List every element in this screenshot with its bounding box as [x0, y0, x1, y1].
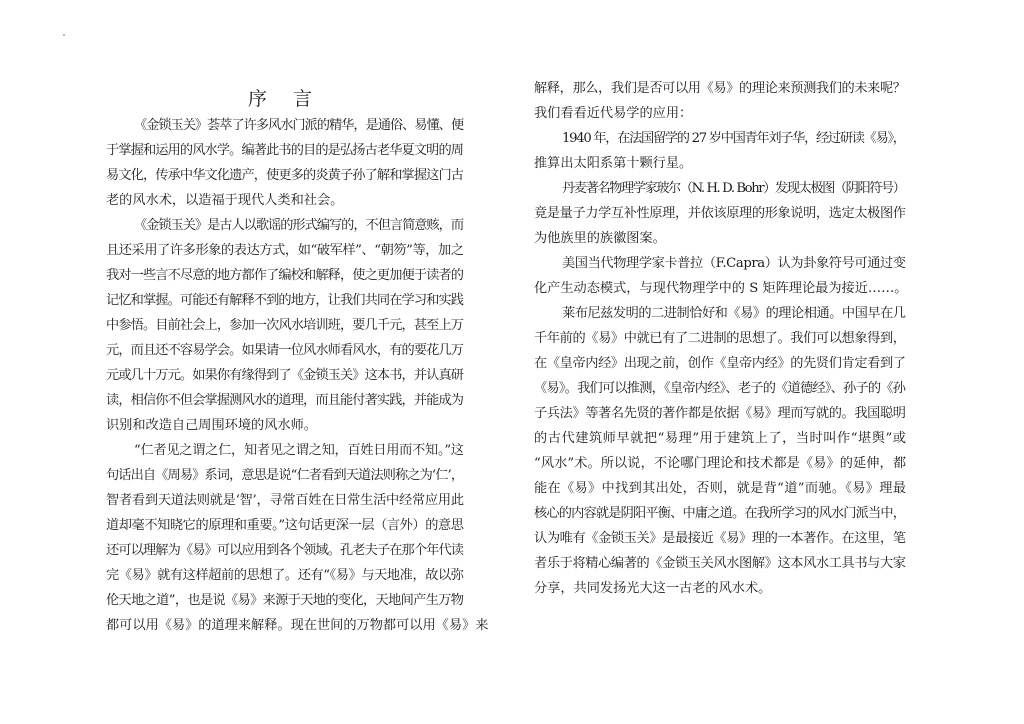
text-line: “风水”术。所以说，不论哪门理论和技术都是《易》的延伸，都	[534, 451, 906, 476]
text-line: 的古代建筑师早就把“易理”用于建筑上了，当时叫作“堪舆”或	[534, 426, 906, 451]
text-line: 1940 年，在法国留学的 27 岁中国青年刘子华，经过研读《易》，	[534, 126, 906, 151]
page-title: 序 言	[106, 84, 464, 111]
text-line: 《易》。我们可以推测，《皇帝内经》、老子的《道德经》、孙子的《孙	[534, 376, 906, 401]
text-line: 都可以用《易》的道理来解释。现在世间的万物都可以用《易》来	[106, 613, 464, 638]
text-line: 为他族里的族徽图案。	[534, 226, 906, 251]
text-line: 我们看看近代易学的应用：	[534, 101, 906, 126]
text-line: “仁者见之谓之仁，知者见之谓之知，百姓日用而不知。”这	[106, 438, 464, 463]
text-line: 智者看到天道法则就是‘智’，寻常百姓在日常生活中经常应用此	[106, 488, 464, 513]
text-line: 元，而且还不容易学会。如果请一位风水师看风水，有的要花几万	[106, 338, 464, 363]
text-line: 完《易》就有这样超前的思想了。还有“《易》与天地准，故以弥	[106, 563, 464, 588]
text-line: 子兵法》等著名先贤的著作都是依据《易》理而写就的。我国聪明	[534, 401, 906, 426]
text-line: 莱布尼兹发明的二进制恰好和《易》的理论相通。中国早在几	[534, 301, 906, 326]
text-line: 认为唯有《金锁玉关》是最接近《易》理的一本著作。在这里，笔	[534, 526, 906, 551]
text-line: 《金锁玉关》是古人以歌谣的形式编写的，不但言简意赅，而	[106, 213, 464, 238]
text-line: 者乐于将精心编著的《金锁玉关风水图解》这本风水工具书与大家	[534, 551, 906, 576]
text-line: 还可以理解为《易》可以应用到各个领域。孔老夫子在那个年代读	[106, 538, 464, 563]
text-line: 《金锁玉关》荟萃了许多风水门派的精华，是通俗、易懂、便	[106, 113, 464, 138]
text-line: 道却毫不知晓它的原理和重要。”这句话更深一层（言外）的意思	[106, 513, 464, 538]
text-line: 我对一些言不尽意的地方都作了编校和解释，使之更加便于读者的	[106, 263, 464, 288]
text-line: 且还采用了许多形象的表达方式，如“破军样”、“朝笏”等，加之	[106, 238, 464, 263]
text-line: 记忆和掌握。可能还有解释不到的地方，让我们共同在学习和实践	[106, 288, 464, 313]
text-line: 能在《易》中找到其出处，否则，就是背“道”而驰。《易》理最	[534, 476, 906, 501]
text-line: 千年前的《易》中就已有了二进制的思想了。我们可以想象得到，	[534, 326, 906, 351]
left-page-body: 《金锁玉关》荟萃了许多风水门派的精华，是通俗、易懂、便于掌握和运用的风水学。编著…	[106, 113, 464, 638]
right-page-body: 解释，那么，我们是否可以用《易》的理论来预测我们的未来呢？我们看看近代易学的应用…	[534, 76, 906, 601]
text-line: 分享，共同发扬光大这一古老的风水术。	[534, 576, 906, 601]
text-line: 中参悟。目前社会上，参加一次风水培训班，要几千元，甚至上万	[106, 313, 464, 338]
text-line: 竟是量子力学互补性原理，并依该原理的形象说明，选定太极图作	[534, 201, 906, 226]
text-line: 在《皇帝内经》出现之前，创作《皇帝内经》的先贤们肯定看到了	[534, 351, 906, 376]
text-line: 推算出太阳系第十颗行星。	[534, 151, 906, 176]
text-line: 美国当代物理学家卡普拉（F.Capra）认为卦象符号可通过变	[534, 251, 906, 276]
text-line: 伦天地之道”，也是说《易》来源于天地的变化，天地间产生万物	[106, 588, 464, 613]
text-line: 于掌握和运用的风水学。编著此书的目的是弘扬古老华夏文明的周	[106, 138, 464, 163]
text-line: 元或几十万元。如果你有缘得到了《金锁玉关》这本书，并认真研	[106, 363, 464, 388]
text-line: 老的风水术，以造福于现代人类和社会。	[106, 188, 464, 213]
text-line: 句话出自《周易》系词，意思是说“仁者看到天道法则称之为‘仁’，	[106, 463, 464, 488]
text-line: 化产生动态模式，与现代物理学中的 S 矩阵理论最为接近……。	[534, 276, 906, 301]
scan-speck	[63, 34, 65, 36]
text-line: 丹麦著名物理学家玻尔（N. H. D. Bohr）发现太极图（阴阳符号）	[534, 176, 906, 201]
text-line: 读，相信你不但会掌握测风水的道理，而且能付著实践，并能成为	[106, 388, 464, 413]
text-line: 解释，那么，我们是否可以用《易》的理论来预测我们的未来呢？	[534, 76, 906, 101]
text-line: 识别和改造自己周围环境的风水师。	[106, 413, 464, 438]
text-line: 核心的内容就是阴阳平衡、中庸之道。在我所学习的风水门派当中，	[534, 501, 906, 526]
text-line: 易文化，传承中华文化遗产，使更多的炎黄子孙了解和掌握这门古	[106, 163, 464, 188]
